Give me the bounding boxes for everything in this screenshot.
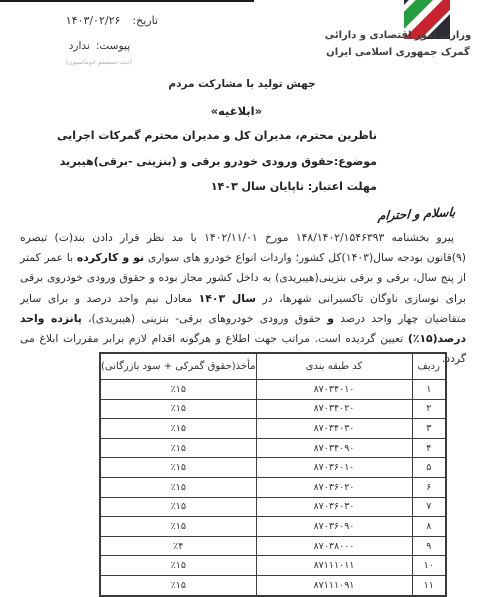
date-value: ۱۴۰۳/۰۲/۲۶: [66, 14, 121, 27]
row-number-cell: ۱۰: [412, 556, 446, 576]
validity-line: مهلت اعتبار: تاپایان سال ۱۴۰۳: [211, 180, 377, 193]
table-row: ۱۱۸۷۱۱۱۰۹۱٪۱۵: [100, 575, 446, 595]
row-number-cell: ۷: [412, 497, 446, 517]
code-cell: ۸۷۰۳۶۰۲۰: [256, 477, 412, 497]
table-row: ۹۸۷۰۳۸۰۰۰٪۴: [100, 536, 446, 556]
code-cell: ۸۷۰۳۶۰۹۰: [256, 517, 412, 537]
subject-line: موضوع:حقوق ورودی خودرو برقی و (بنزینی -ب…: [60, 155, 377, 168]
table-row: ۴۸۷۰۳۴۰۹۰٪۱۵: [100, 438, 446, 458]
code-cell: ۸۷۰۳۸۰۰۰: [256, 536, 412, 556]
table-row: ۳۸۷۰۳۴۰۳۰٪۱۵: [100, 419, 446, 439]
organization-name: گمرک جمهوری اسلامی ایران: [320, 44, 476, 61]
rate-cell: ٪۱۵: [100, 458, 256, 478]
rate-cell: ٪۱۵: [100, 556, 256, 576]
slogan: جهش تولید با مشارکت مردم: [0, 78, 484, 90]
code-cell: ۸۷۱۱۱۰۱۱: [256, 556, 412, 576]
code-cell: ۸۷۱۱۱۰۹۱: [256, 575, 412, 595]
col-header-rate: مأخذ(حقوق گمرکی + سود بازرگانی): [100, 353, 256, 380]
rate-cell: ٪۱۵: [100, 380, 256, 400]
letterhead-org: وزارت امور اقتصادی و دارائی گمرک جمهوری …: [320, 27, 476, 61]
row-number-cell: ۲: [412, 399, 446, 419]
salutation-script: باسلام و احترام: [378, 205, 457, 223]
rate-cell: ٪۴: [100, 536, 256, 556]
table-row: ۱۸۷۰۳۴۰۱۰٪۱۵: [100, 380, 446, 400]
table-header-row: ردیف کد طبقه بندی مأخذ(حقوق گمرکی + سود …: [100, 353, 446, 380]
col-header-code: کد طبقه بندی: [256, 353, 412, 380]
table-row: ۷۸۷۰۳۶۰۳۰٪۱۵: [100, 497, 446, 517]
code-cell: ۸۷۰۳۶۰۳۰: [256, 497, 412, 517]
table-row: ۸۸۷۰۳۶۰۹۰٪۱۵: [100, 517, 446, 537]
attachment-value: ندارد: [69, 40, 90, 52]
table-row: ۵۸۷۰۳۶۰۱۰٪۱۵: [100, 458, 446, 478]
code-cell: ۸۷۰۳۴۰۲۰: [256, 399, 412, 419]
col-header-row-number: ردیف: [412, 353, 446, 380]
row-number-cell: ۱: [412, 380, 446, 400]
code-cell: ۸۷۰۳۶۰۱۰: [256, 458, 412, 478]
row-number-cell: ۸: [412, 517, 446, 537]
attachment-note: (ثبت سیستم اتوماسیون): [65, 58, 132, 66]
row-number-cell: ۴: [412, 438, 446, 458]
code-cell: ۸۷۰۳۴۰۱۰: [256, 380, 412, 400]
rate-cell: ٪۱۵: [100, 477, 256, 497]
row-number-cell: ۵: [412, 458, 446, 478]
rate-cell: ٪۱۵: [100, 497, 256, 517]
date-label: تاریخ:: [132, 14, 158, 27]
rate-cell: ٪۱۵: [100, 575, 256, 595]
body-segment: حقوق ورودی خودروهای برقی- بنزینی (هیبرید…: [82, 312, 327, 325]
body-paragraph: پیرو بخشنامه ۱۴۸/۱۴۰۲/۱۵۴۶۳۹۳ مورخ ۱۴۰۲/…: [20, 228, 466, 369]
attachment-line: پیوست: ندارد: [69, 40, 130, 52]
code-cell: ۸۷۰۳۴۰۳۰: [256, 419, 412, 439]
body-segment-bold: نو و کارکرده: [77, 251, 144, 264]
row-number-cell: ۹: [412, 536, 446, 556]
body-segment-bold: و: [327, 312, 334, 325]
ministry-name: وزارت امور اقتصادی و دارائی: [320, 27, 476, 44]
notice-title: «ابلاغیه»: [211, 104, 262, 118]
scan-edge-artifact: [0, 0, 254, 2]
body-segment-bold: سال ۱۴۰۳: [199, 292, 256, 305]
row-number-cell: ۱۱: [412, 575, 446, 595]
document-page: وزارت امور اقتصادی و دارائی گمرک جمهوری …: [0, 0, 484, 597]
row-number-cell: ۶: [412, 477, 446, 497]
table-row: ۱۰۸۷۱۱۱۰۱۱٪۱۵: [100, 556, 446, 576]
table-row: ۶۸۷۰۳۶۰۲۰٪۱۵: [100, 477, 446, 497]
date-line: تاریخ: ۱۴۰۳/۰۲/۲۶: [66, 14, 158, 27]
rate-cell: ٪۱۵: [100, 419, 256, 439]
addressees-line: ناظرین محترم، مدیران کل و مدیران محترم گ…: [57, 129, 377, 142]
code-cell: ۸۷۰۳۴۰۹۰: [256, 438, 412, 458]
tariff-table: ردیف کد طبقه بندی مأخذ(حقوق گمرکی + سود …: [99, 352, 447, 597]
table-row: ۲۸۷۰۳۴۰۲۰٪۱۵: [100, 399, 446, 419]
rate-cell: ٪۱۵: [100, 517, 256, 537]
rate-cell: ٪۱۵: [100, 399, 256, 419]
attachment-label: پیوست:: [96, 40, 130, 52]
row-number-cell: ۳: [412, 419, 446, 439]
rate-cell: ٪۱۵: [100, 438, 256, 458]
